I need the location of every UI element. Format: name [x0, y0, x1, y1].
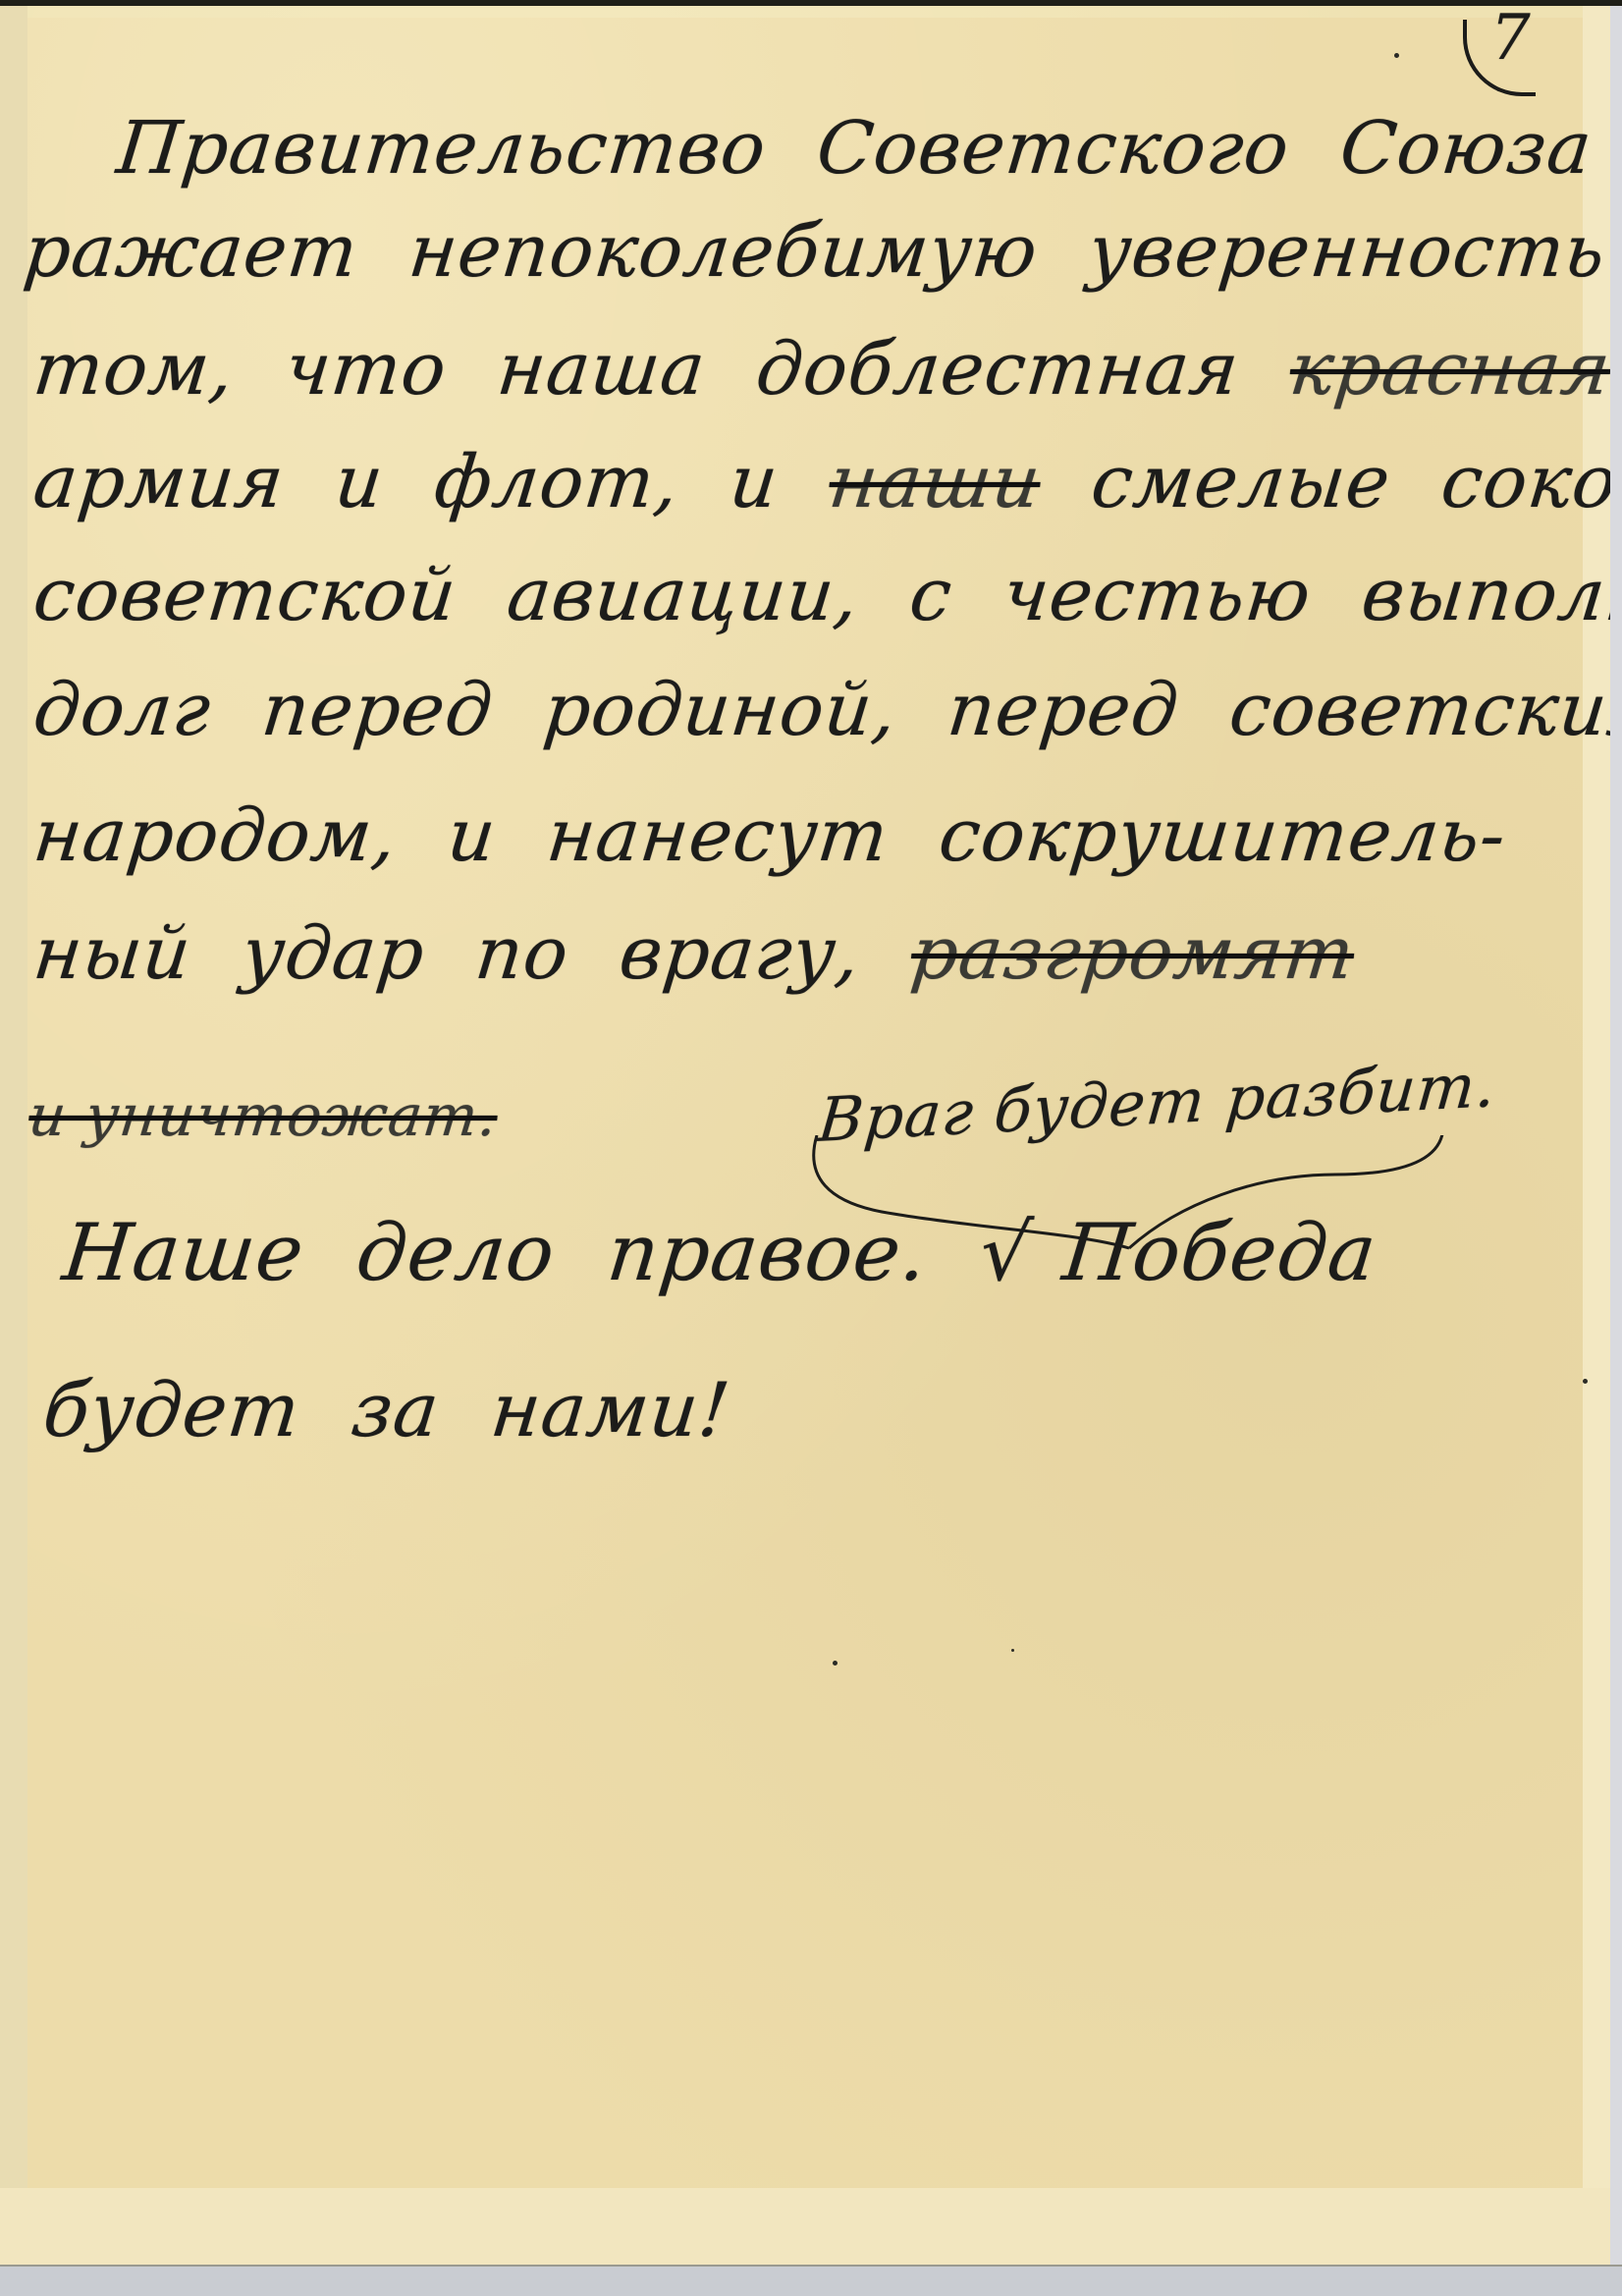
word: дело — [352, 1209, 560, 1297]
page-number: 7 — [1463, 14, 1541, 92]
paper-speck — [1583, 1379, 1588, 1384]
word: за — [348, 1366, 444, 1454]
word: непоколебимую — [405, 207, 1042, 296]
word: соколы — [1437, 438, 1622, 526]
handwritten-line-11: будет за нами! — [39, 1366, 762, 1454]
handwritten-line-5: советской авиации, с честью выполнят — [29, 551, 1622, 639]
word: по — [471, 909, 573, 998]
handwritten-line-3: том, что наша доблестная красная — [29, 325, 1622, 413]
word: армия — [29, 438, 289, 526]
word: правое. — [604, 1209, 932, 1297]
word: удар — [238, 909, 429, 998]
word: врагу, — [616, 909, 865, 998]
word: Союза — [1336, 104, 1596, 192]
handwritten-line-2: ражает непоколебимую уверенность в — [20, 207, 1622, 296]
word: Правительство — [113, 104, 771, 192]
struck-word: разгромят — [907, 909, 1359, 998]
handwritten-line-9: и уничтожат. — [25, 1071, 529, 1160]
word: что — [281, 325, 451, 413]
word: перед — [944, 666, 1183, 754]
word: нами! — [487, 1366, 734, 1454]
sheet-bottom-margin — [0, 2188, 1610, 2265]
scan-bottom-edge — [0, 2265, 1622, 2296]
word: флот, — [430, 438, 683, 526]
word: и — [331, 438, 388, 526]
word: смелые — [1087, 438, 1394, 526]
handwritten-line-1: Правительство Советского Союза вы- — [113, 104, 1622, 192]
struck-word: наши — [825, 438, 1045, 526]
word: авиации, — [503, 551, 863, 639]
struck-word: красная — [1286, 325, 1615, 413]
word: ный — [29, 909, 195, 998]
paper-speck — [1011, 1649, 1014, 1652]
word: ражает — [20, 207, 362, 296]
struck-word: и уничтожат. — [25, 1071, 502, 1160]
word: Советского — [813, 104, 1294, 192]
word: сокрушитель- — [935, 792, 1510, 880]
sheet-left-margin — [0, 6, 27, 2265]
caret-mark: √ — [976, 1209, 1036, 1297]
handwritten-line-8: ный удар по врагу, разгромят — [29, 909, 1386, 998]
word: и — [726, 438, 783, 526]
handwritten-line-6: долг перед родиной, перед советским — [29, 666, 1622, 754]
word: выполнят — [1358, 551, 1622, 639]
paper-speck — [833, 1661, 838, 1666]
manuscript-sheet: 7 Правительство Советского Союза вы- раж… — [0, 6, 1610, 2265]
word: долг — [29, 666, 215, 754]
word: том, — [29, 325, 239, 413]
handwritten-line-10: Наше дело правое. √ Победа — [59, 1209, 1408, 1297]
word: народом, — [29, 792, 402, 880]
word: советским — [1225, 666, 1622, 754]
word: и — [444, 792, 501, 880]
word: родиной, — [540, 666, 901, 754]
word: доблестная — [752, 325, 1243, 413]
page-number-digit: 7 — [1490, 4, 1532, 73]
word: честью — [999, 551, 1315, 639]
word: Победа — [1058, 1209, 1380, 1297]
word: советской — [29, 551, 460, 639]
word: уверенность — [1084, 207, 1609, 296]
word: с — [905, 551, 956, 639]
handwritten-line-4: армия и флот, и наши смелые соколы — [29, 438, 1622, 526]
scan-right-edge — [1610, 6, 1622, 2265]
word: Наше — [59, 1209, 308, 1297]
word: перед — [258, 666, 498, 754]
paper-speck — [1394, 53, 1399, 58]
word: нанесут — [543, 792, 892, 880]
word: наша — [493, 325, 710, 413]
handwritten-line-7: народом, и нанесут сокрушитель- — [29, 792, 1538, 880]
word: будет — [39, 1366, 304, 1454]
